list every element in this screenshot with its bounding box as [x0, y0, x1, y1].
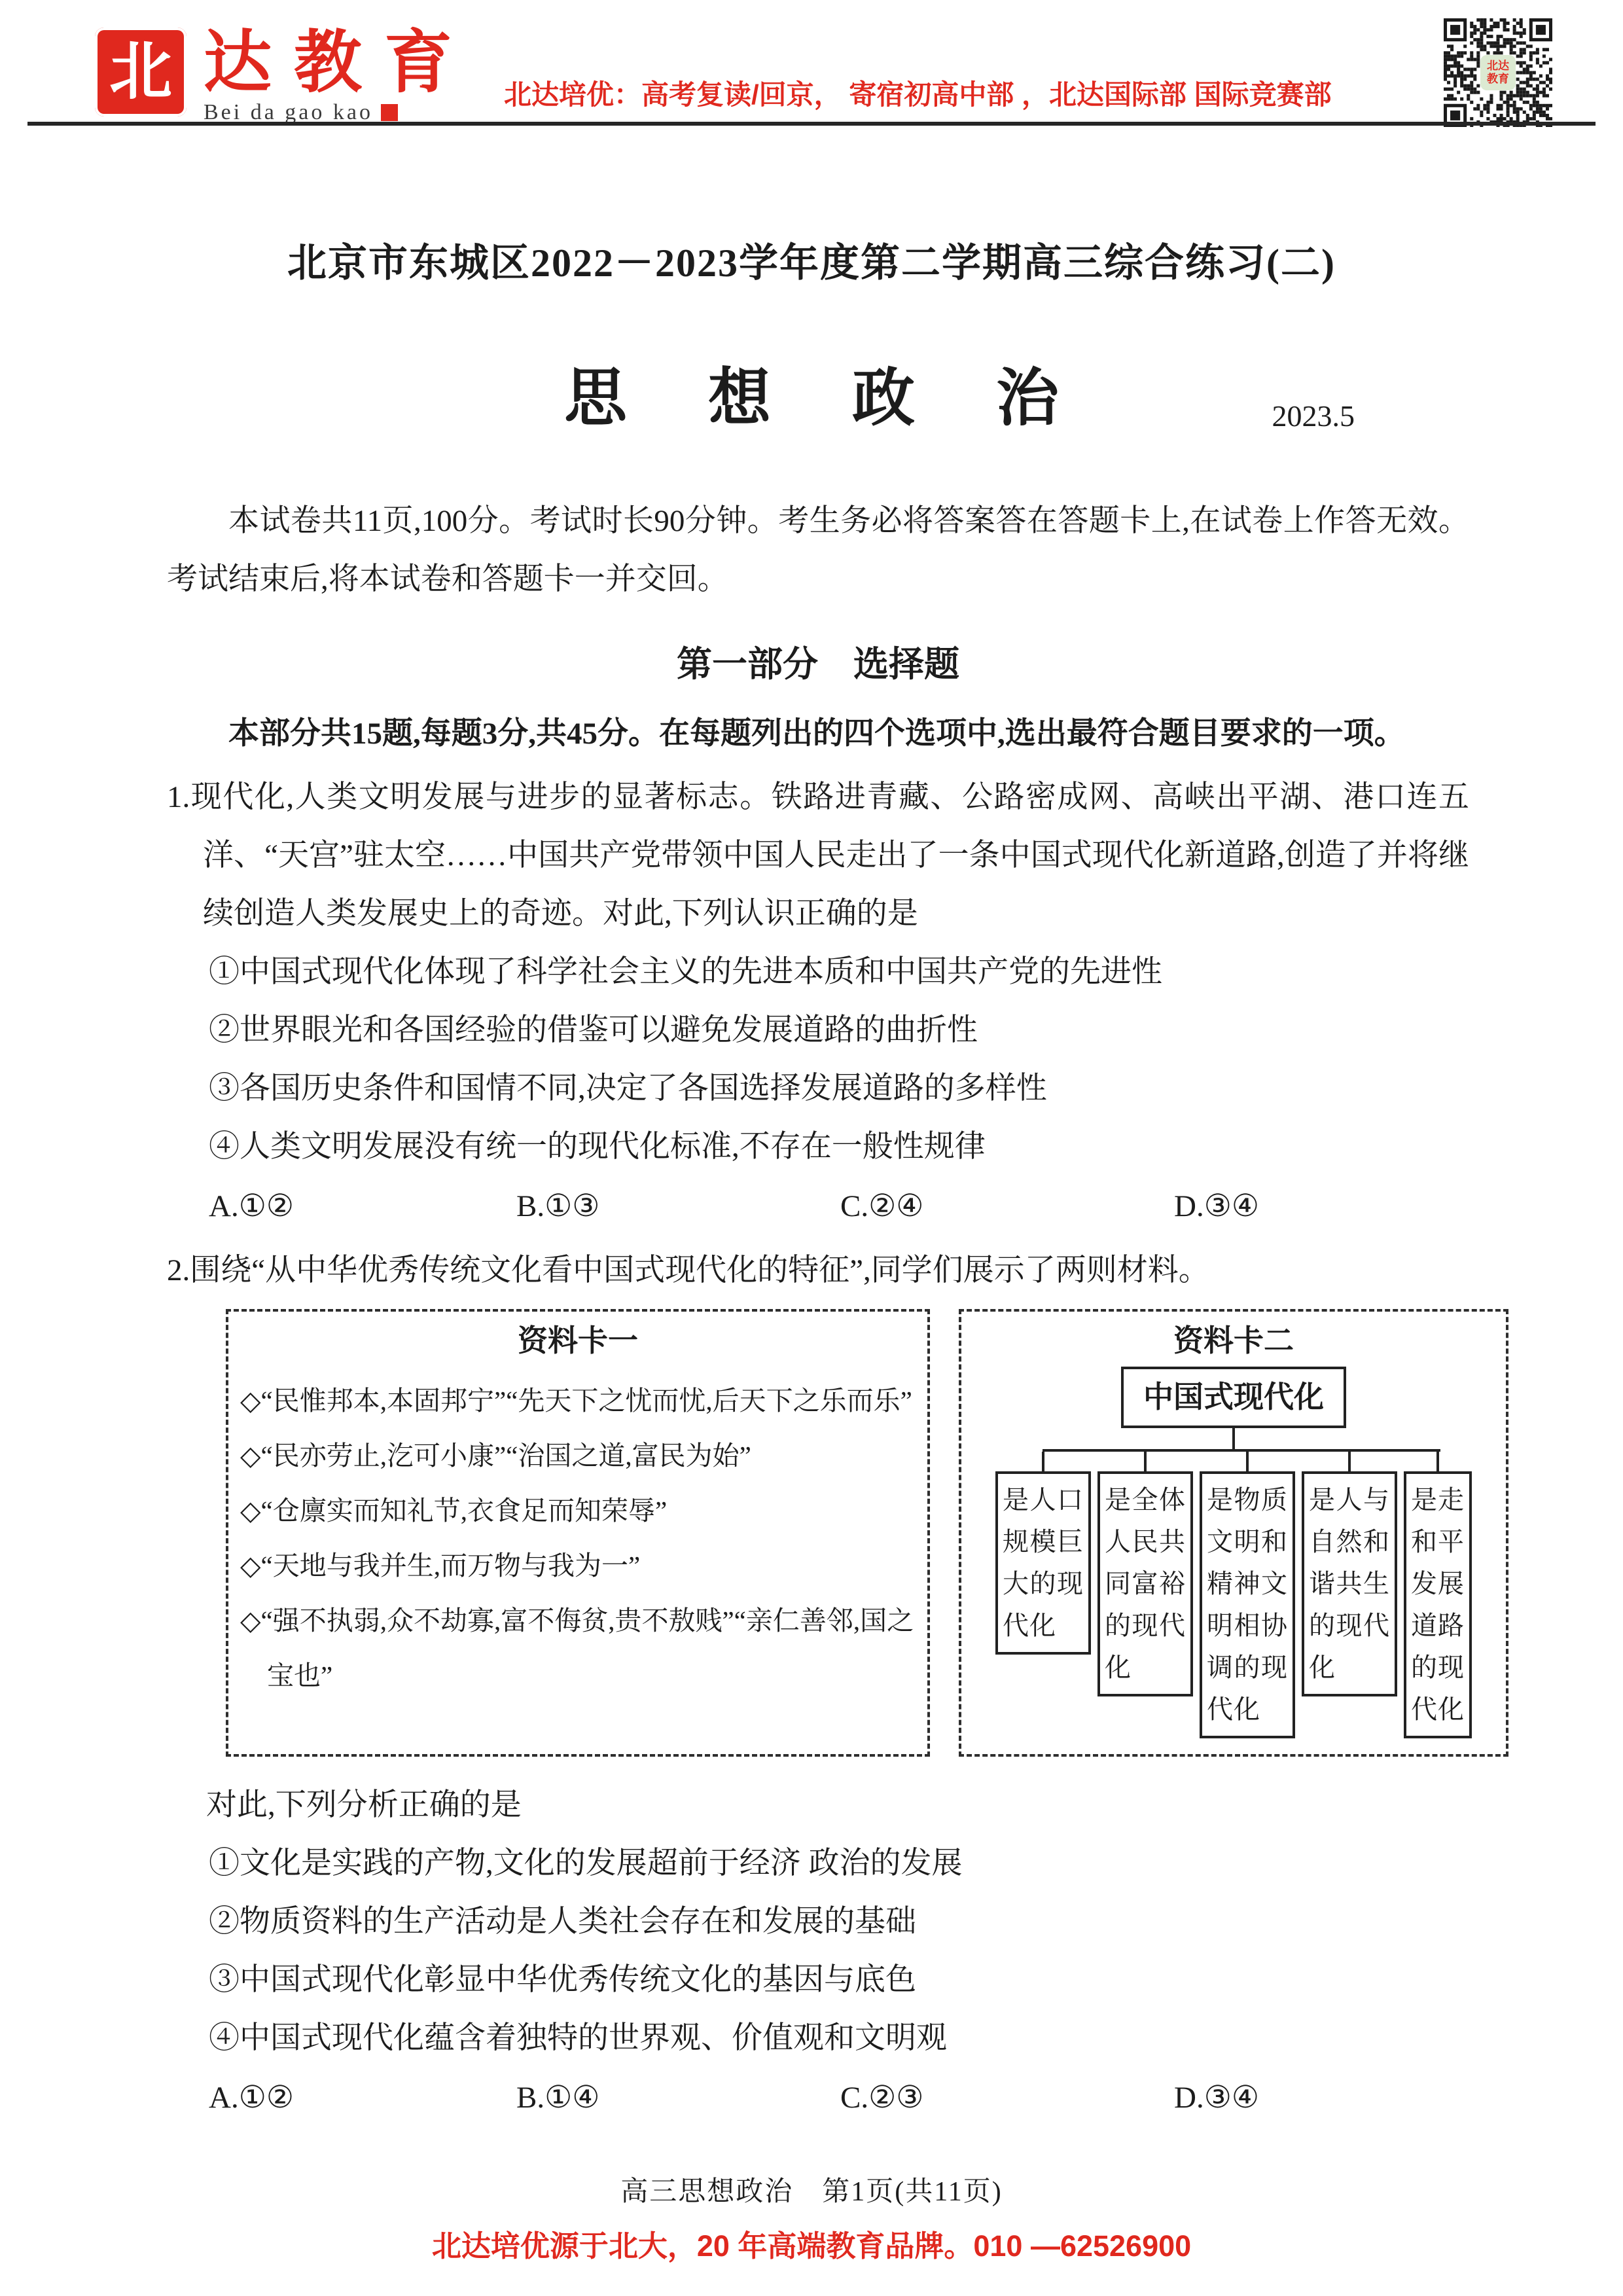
header-tagline: 北达培优：高考复读/回京， 寄宿初高中部 ，北达国际部 国际竞赛部: [504, 73, 1420, 113]
tree-connector: [1348, 1452, 1351, 1471]
card1-quote: ◇“仓廪实而知礼节,衣食足而知荣辱”: [240, 1483, 916, 1538]
question1-stem: 1.现代化,人类文明发展与进步的显著标志。铁路进青藏、公路密成网、高峡出平湖、港…: [167, 768, 1469, 943]
tree-connector: [1042, 1452, 1044, 1471]
question2-item: ③中国式现代化彰显中华优秀传统文化的基因与底色: [209, 1951, 1469, 2009]
qr-badge-text: 教育: [1487, 73, 1509, 86]
exam-subject: 思 想 政 治: [0, 348, 1623, 438]
question2-item: ④中国式现代化蕴含着独特的世界观、价值观和文明观: [209, 2009, 1469, 2068]
exam-title: 北京市东城区2022－2023学年度第二学期高三综合练习(二): [0, 232, 1623, 288]
card1-quote: ◇“民亦劳止,汔可小康”“治国之道,富民为始”: [240, 1428, 916, 1483]
question1-item: ①中国式现代化体现了科学社会主义的先进本质和中国共产党的先进性: [209, 943, 1469, 1001]
modernization-tree-diagram: 中国式现代化 是人口规模巨大的现代化是全体人民共同富裕的现代化是物质文明和精神文…: [972, 1367, 1495, 1740]
card1-quote: ◇“天地与我并生,而万物与我为一”: [240, 1538, 916, 1593]
tree-connector: [1436, 1452, 1439, 1471]
tree-branch-node: 是全体人民共同富裕的现代化: [1097, 1471, 1193, 1696]
question2-stem: 2.围绕“从中华优秀传统文化看中国式现代化的特征”,同学们展示了两则材料。: [167, 1242, 1469, 1300]
choice-option: A.①②: [209, 2068, 516, 2128]
material-card-1: 资料卡一 ◇“民惟邦本,本固邦宁”“先天下之忧而忧,后天下之乐而乐”◇“民亦劳止…: [226, 1309, 930, 1757]
question1-choices: A.①②B.①③C.②④D.③④: [167, 1176, 1469, 1236]
question1-item: ③各国历史条件和国情不同,决定了各国选择发展道路的多样性: [209, 1060, 1469, 1118]
choice-option: D.③④: [1174, 1176, 1469, 1236]
brand-logo: 北 达教育 Bei da gao kao: [95, 27, 474, 125]
subject-row: 思 想 政 治 2023.5: [0, 348, 1623, 433]
tree-connector: [1043, 1449, 1440, 1452]
question2-item: ①文化是实践的产物,文化的发展超前于经济 政治的发展: [209, 1835, 1469, 1893]
question1-item: ②世界眼光和各国经验的借鉴可以避免发展道路的曲折性: [209, 1001, 1469, 1060]
card1-title: 资料卡一: [240, 1319, 916, 1363]
tree-connector: [1246, 1452, 1249, 1471]
card2-title: 资料卡二: [972, 1319, 1495, 1363]
part1-intro: 本部分共15题,每题3分,共45分。在每题列出的四个选项中,选出最符合题目要求的…: [167, 705, 1469, 763]
tree-branch-node: 是物质文明和精神文明相协调的现代化: [1200, 1471, 1295, 1738]
exam-body: 本试卷共11页,100分。考试时长90分钟。考生务必将答案答在答题卡上,在试卷上…: [167, 492, 1469, 1300]
choice-option: A.①②: [209, 1176, 516, 1236]
material-cards: 资料卡一 ◇“民惟邦本,本固邦宁”“先天下之忧而忧,后天下之乐而乐”◇“民亦劳止…: [226, 1309, 1623, 1757]
header: 北 达教育 Bei da gao kao 北达培优：高考复读/回京， 寄宿初高中…: [0, 0, 1623, 128]
qr-center-badge: 北达 教育: [1480, 55, 1516, 90]
page-number-footer: 高三思想政治 第1页(共11页): [0, 2170, 1623, 2209]
question2-tail: 对此,下列分析正确的是 ①文化是实践的产物,文化的发展超前于经济 政治的发展②物…: [167, 1776, 1469, 2128]
exam-date: 2023.5: [1272, 399, 1355, 433]
material-card-2: 资料卡二 中国式现代化 是人口规模巨大的现代化是全体人民共同富裕的现代化是物质文…: [959, 1309, 1508, 1757]
choice-option: B.①④: [516, 2068, 840, 2128]
qr-badge-text: 北达: [1487, 60, 1509, 73]
card1-quote: ◇“民惟邦本,本固邦宁”“先天下之忧而忧,后天下之乐而乐”: [240, 1373, 916, 1428]
tree-branch-node: 是走和平发展道路的现代化: [1404, 1471, 1472, 1738]
tree-root-node: 中国式现代化: [1121, 1367, 1346, 1428]
question2-item: ②物质资料的生产活动是人类社会存在和发展的基础: [209, 1893, 1469, 1951]
promo-footer: 北达培优源于北大，20 年高端教育品牌。010 —62526900: [0, 2222, 1623, 2265]
question2-follow: 对此,下列分析正确的是: [167, 1776, 1469, 1835]
exam-notice: 本试卷共11页,100分。考试时长90分钟。考生务必将答案答在答题卡上,在试卷上…: [167, 492, 1469, 609]
qr-code: 北达 教育: [1444, 18, 1552, 127]
tree-branch-node: 是人与自然和谐共生的现代化: [1302, 1471, 1397, 1696]
question1-item: ④人类文明发展没有统一的现代化标准,不存在一般性规律: [209, 1118, 1469, 1176]
choice-option: C.②④: [840, 1176, 1174, 1236]
part1-heading: 第一部分 选择题: [167, 636, 1469, 687]
tree-branch-node: 是人口规模巨大的现代化: [995, 1471, 1091, 1655]
choice-option: B.①③: [516, 1176, 840, 1236]
question2-choices: A.①②B.①④C.②③D.③④: [167, 2068, 1469, 2128]
card1-quote: ◇“强不执弱,众不劫寡,富不侮贫,贵不敖贱”“亲仁善邻,国之宝也”: [240, 1593, 916, 1703]
header-divider: [27, 122, 1596, 126]
card1-quotes: ◇“民惟邦本,本固邦宁”“先天下之忧而忧,后天下之乐而乐”◇“民亦劳止,汔可小康…: [240, 1373, 916, 1703]
brand-text-column: 达教育 Bei da gao kao: [204, 27, 474, 125]
seal-logo-icon: 北: [95, 27, 187, 117]
question1-items: ①中国式现代化体现了科学社会主义的先进本质和中国共产党的先进性②世界眼光和各国经…: [167, 943, 1469, 1176]
tree-connector: [1232, 1428, 1235, 1449]
question2-items: ①文化是实践的产物,文化的发展超前于经济 政治的发展②物质资料的生产活动是人类社…: [167, 1835, 1469, 2068]
red-square-icon: [381, 104, 398, 121]
choice-option: C.②③: [840, 2068, 1174, 2128]
tree-connector: [1144, 1452, 1147, 1471]
exam-paper-page: 北 达教育 Bei da gao kao 北达培优：高考复读/回京， 寄宿初高中…: [0, 0, 1623, 2296]
brand-name: 达教育: [204, 27, 474, 99]
tree-branches: 是人口规模巨大的现代化是全体人民共同富裕的现代化是物质文明和精神文明相协调的现代…: [972, 1471, 1495, 1738]
choice-option: D.③④: [1174, 2068, 1469, 2128]
